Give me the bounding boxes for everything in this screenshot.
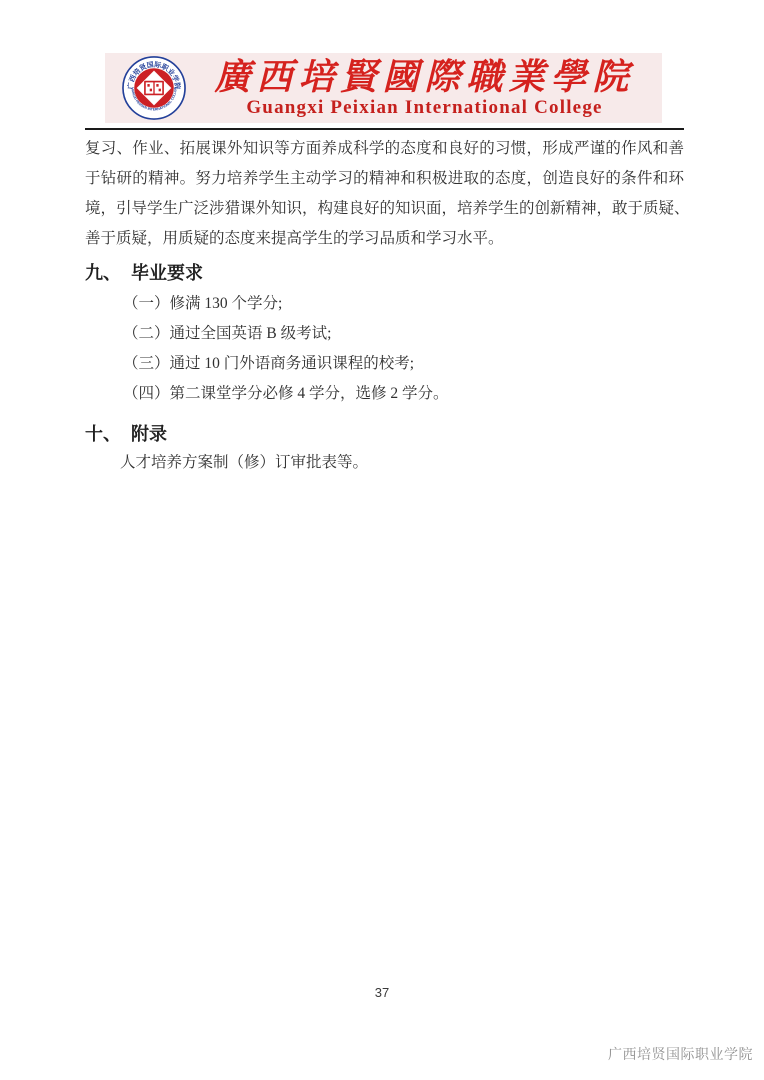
list-item: （一）修满 130 个学分;: [123, 289, 684, 319]
college-name-english: Guangxi Peixian International College: [246, 98, 602, 117]
section-heading-appendix: 十、附录: [85, 421, 684, 447]
graduation-requirements-list: （一）修满 130 个学分; （二）通过全国英语 B 级考试; （三）通过 10…: [85, 289, 684, 409]
college-name-chinese: 廣西培賢國際職業學院: [214, 59, 634, 95]
page-number: 37: [0, 985, 764, 1000]
document-body: 复习、作业、拓展课外知识等方面养成科学的态度和良好的习惯，形成严谨的作风和善 于…: [85, 134, 684, 476]
section-title: 附录: [131, 424, 167, 444]
section-number: 十、: [85, 424, 121, 444]
header-divider-line: [85, 128, 684, 130]
list-item: （三）通过 10 门外语商务通识课程的校考;: [123, 349, 684, 379]
section-number: 九、: [85, 263, 121, 283]
college-header-banner: 广西培贤国际职业学院 GUANGXI PEIXIAN INTERNATIONAL…: [105, 53, 662, 123]
list-item: （二）通过全国英语 B 级考试;: [123, 319, 684, 349]
paragraph-line: 复习、作业、拓展课外知识等方面养成科学的态度和良好的习惯，形成严谨的作风和善: [85, 134, 684, 164]
seal-book-icon: [144, 81, 164, 96]
footer-watermark: 广西培贤国际职业学院: [608, 1044, 753, 1064]
college-titles: 廣西培賢國際職業學院 Guangxi Peixian International…: [187, 59, 662, 117]
document-page: 广西培贤国际职业学院 GUANGXI PEIXIAN INTERNATIONAL…: [0, 0, 764, 1080]
list-item: （四）第二课堂学分必修 4 学分，选修 2 学分。: [123, 379, 684, 409]
appendix-text: 人才培养方案制（修）订审批表等。: [85, 450, 684, 476]
paragraph-line: 善于质疑，用质疑的态度来提高学生的学习品质和学习水平。: [85, 224, 684, 254]
paragraph-line: 于钻研的精神。努力培养学生主动学习的精神和积极进取的态度，创造良好的条件和环: [85, 164, 684, 194]
section-heading-graduation-requirements: 九、毕业要求: [85, 260, 684, 286]
section-title: 毕业要求: [131, 263, 203, 283]
college-seal-icon: 广西培贤国际职业学院 GUANGXI PEIXIAN INTERNATIONAL…: [121, 55, 187, 121]
paragraph-line: 境，引导学生广泛涉猎课外知识，构建良好的知识面，培养学生的创新精神，敢于质疑、: [85, 194, 684, 224]
